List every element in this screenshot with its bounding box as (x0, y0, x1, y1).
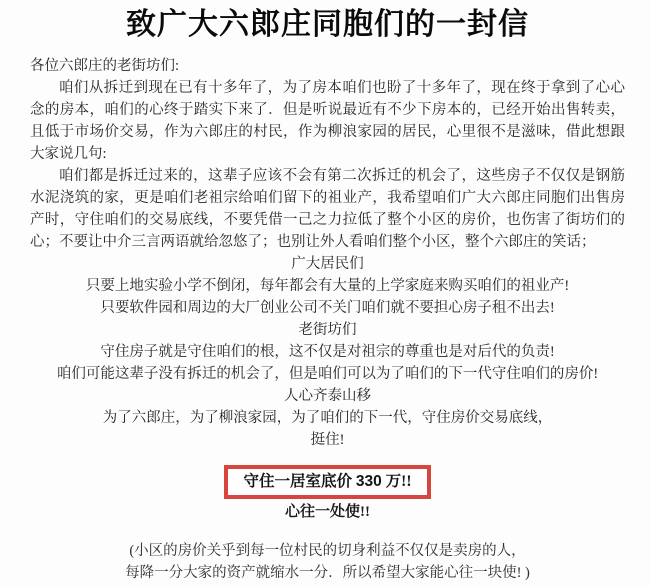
appeal-line: 为了六郎庄，为了柳浪家园，为了咱们的下一代，守住房价交易底线， (30, 407, 625, 429)
letter-title: 致广大六郎庄同胞们的一封信 (30, 8, 625, 42)
appeal-line: 只要软件园和周边的大厂创业公司不关门咱们就不要担心房子租不出去! (30, 297, 625, 319)
heading-neighbors: 老街坊们 (30, 319, 625, 341)
appeal-line: 只要上地实验小学不倒闭，每年都会有大量的上学家庭来购买咱们的祖业产! (30, 275, 625, 297)
footnote: (小区的房价关乎到每一位村民的切身利益不仅仅是卖房的人， 每降一分大家的资产就缩… (30, 540, 625, 584)
paragraph-line: 产时，守住咱们的交易底线，不要凭借一己之力拉低了整个小区的房价，也伤害了街坊们的 (30, 209, 625, 231)
price-text-suffix: 万!! (382, 473, 412, 490)
heading-unity: 人心齐泰山移 (30, 385, 625, 407)
paragraph-line: 咱们从拆迁到现在已有十多年了，为了房本咱们也盼了十多年了，现在终于拿到了心心 (30, 77, 625, 99)
price-value: 330 (356, 473, 382, 490)
heading-residents: 广大居民们 (30, 253, 625, 275)
appeal-line: 守住房子就是守住咱们的根，这不仅是对祖宗的尊重也是对后代的负责! (30, 341, 625, 363)
slogan-line: 心往一处使!! (30, 501, 625, 523)
letter-body: 各位六郎庄的老街坊们: 咱们从拆迁到现在已有十多年了，为了房本咱们也盼了十多年了… (30, 55, 625, 451)
appeal-line: 咱们可能这辈子没有拆迁的机会了，但是咱们可以为了咱们的下一代守住咱们的房价! (30, 363, 625, 385)
appeal-line: 挺住! (30, 429, 625, 451)
paragraph-line: 且低于市场价交易，作为六郎庄的村民，作为柳浪家园的居民，心里很不是滋味，借此想跟 (30, 121, 625, 143)
paragraph-line: 水泥浇筑的家，更是咱们老祖宗给咱们留下的祖业产，我希望咱们广大六郎庄同胞们出售房 (30, 187, 625, 209)
footnote-line: 每降一分大家的资产就缩水一分．所以希望大家能心往一块使! ) (30, 562, 625, 584)
footnote-line: (小区的房价关乎到每一位村民的切身利益不仅仅是卖房的人， (30, 540, 625, 562)
paragraph-line: 大家说几句: (30, 143, 625, 165)
paragraph-line: 心；不要让中介三言两语就给忽悠了；也别让外人看咱们整个小区，整个六郎庄的笑话； (30, 231, 625, 253)
salutation: 各位六郎庄的老街坊们: (30, 55, 625, 77)
price-box: 守住一居室底价 330 万!! (224, 465, 432, 499)
price-text-prefix: 守住一居室底价 (244, 473, 356, 490)
letter-page: 致广大六郎庄同胞们的一封信 各位六郎庄的老街坊们: 咱们从拆迁到现在已有十多年了… (0, 0, 650, 587)
paragraph-line: 咱们都是拆迁过来的，这辈子应该不会有第二次拆迁的机会了，这些房子不仅仅是钢筋 (30, 165, 625, 187)
paragraph-line: 念的房本，咱们的心终于踏实下来了．但是听说最近有不少下房本的，已经开始出售转卖， (30, 99, 625, 121)
